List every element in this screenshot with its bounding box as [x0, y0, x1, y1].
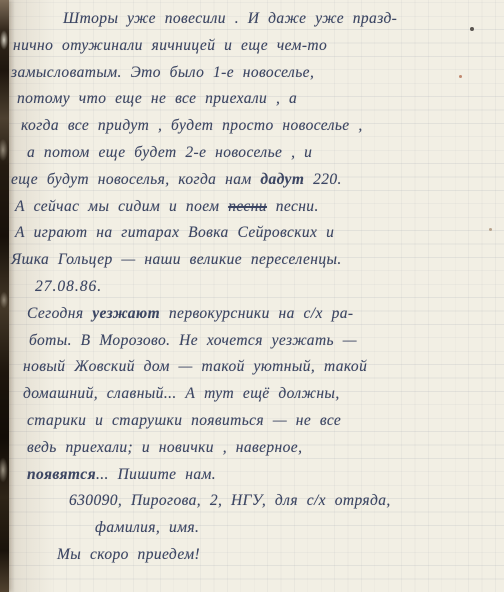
- handwritten-line: потому что еще не все приехали , а: [11, 86, 501, 113]
- handwritten-line: боты. В Морозово. Не хочется уезжать —: [11, 328, 501, 355]
- text-run: новый Жовский дом — такой уютный, такой: [23, 358, 367, 375]
- handwritten-line: а потом еще будет 2-е новоселье , и: [11, 140, 501, 167]
- handwritten-line: когда все придут , будет просто новосель…: [11, 113, 501, 140]
- paper-speck: [470, 27, 474, 31]
- handwritten-line: Шторы уже повесили . И даже уже празд-: [11, 6, 501, 33]
- text-run: нично отужинали яичницей и еще чем-то: [13, 37, 327, 54]
- handwritten-line: замысловатым. Это было 1-е новоселье,: [11, 60, 501, 87]
- handwritten-line: ведь приехали; и новички , наверное,: [11, 435, 501, 462]
- text-run: появятся: [27, 466, 96, 483]
- handwritten-line: старики и старушки появиться — не все: [11, 408, 501, 435]
- text-run: потому что еще не все приехали , а: [17, 90, 297, 107]
- text-run: ведь приехали; и новички , наверное,: [27, 439, 302, 456]
- text-run: А играют на гитарах Вовка Сейровских и: [15, 224, 334, 241]
- handwritten-line: Яшка Гольцер — наши великие переселенцы.: [11, 247, 501, 274]
- text-run: песни.: [267, 198, 319, 215]
- paper-speck: [459, 75, 462, 78]
- paper-speck: [489, 228, 492, 231]
- text-run: 630090, Пирогова, 2, НГУ, для с/х отряда…: [69, 492, 391, 509]
- text-run: первокурсники на с/х ра-: [160, 305, 353, 322]
- text-run: когда все придут , будет просто новосель…: [21, 117, 363, 134]
- text-run: боты. В Морозово. Не хочется уезжать —: [29, 332, 357, 349]
- text-run: старики и старушки появиться — не все: [27, 412, 341, 429]
- text-run: а потом еще будет 2-е новоселье , и: [27, 144, 312, 161]
- text-run: замысловатым. Это было 1-е новоселье,: [11, 64, 314, 81]
- notebook-page: Шторы уже повесили . И даже уже празд-ни…: [0, 0, 504, 592]
- handwritten-line: еще будут новоселья, когда нам дадут 220…: [11, 167, 501, 194]
- handwritten-line: А играют на гитарах Вовка Сейровских и: [11, 220, 501, 247]
- handwritten-line: Мы скоро приедем!: [11, 542, 501, 569]
- text-run: ... Пишите нам.: [96, 466, 216, 483]
- handwritten-line: А сейчас мы сидим и поем песни песни.: [11, 194, 501, 221]
- entry-date: 27.08.86.: [11, 274, 501, 301]
- handwritten-line: домашний, славный... А тут ещё должны,: [11, 381, 501, 408]
- address-line: 630090, Пирогова, 2, НГУ, для с/х отряда…: [11, 488, 501, 515]
- handwritten-line: фамилия, имя.: [11, 515, 501, 542]
- struck-word: песни: [228, 198, 267, 215]
- handwritten-text-block: Шторы уже повесили . И даже уже празд-ни…: [11, 6, 501, 569]
- handwritten-line: появятся... Пишите нам.: [11, 462, 501, 489]
- text-run: А сейчас мы сидим и поем: [15, 198, 228, 215]
- page-binding-shadow: [0, 0, 9, 592]
- text-run: Мы скоро приедем!: [57, 546, 200, 563]
- handwritten-line: новый Жовский дом — такой уютный, такой: [11, 354, 501, 381]
- handwritten-line: нично отужинали яичницей и еще чем-то: [11, 33, 501, 60]
- text-run: еще будут новоселья, когда нам: [11, 171, 260, 188]
- text-run: фамилия, имя.: [95, 519, 199, 536]
- text-run: домашний, славный... А тут ещё должны,: [23, 385, 340, 402]
- handwritten-line: Сегодня уезжают первокурсники на с/х ра-: [11, 301, 501, 328]
- text-run: дадут: [260, 171, 304, 188]
- text-run: Сегодня: [27, 305, 92, 322]
- text-run: 220.: [304, 171, 342, 188]
- text-run: Яшка Гольцер — наши великие переселенцы.: [11, 251, 342, 268]
- text-run: Шторы уже повесили . И даже уже празд-: [63, 10, 397, 27]
- text-run: уезжают: [92, 305, 160, 322]
- text-run: 27.08.86.: [35, 278, 102, 295]
